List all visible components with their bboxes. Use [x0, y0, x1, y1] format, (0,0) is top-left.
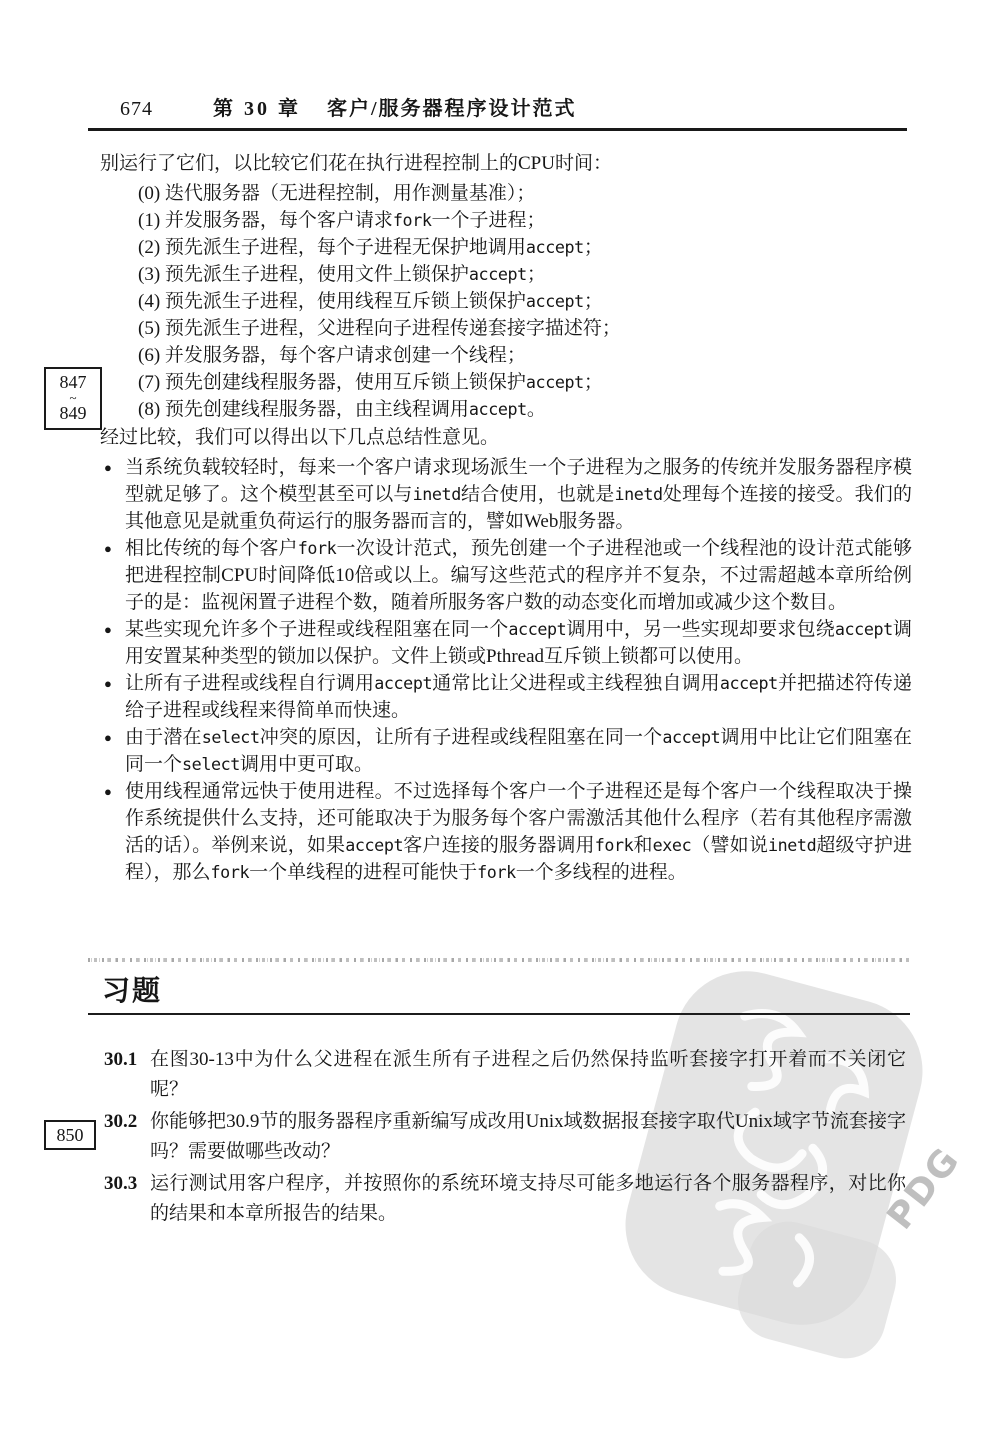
page-header: 674 第 30 章 客户/服务器程序设计范式 [88, 92, 907, 131]
bullet-item: ● 由于潜在select冲突的原因，让所有子进程或线程阻塞在同一个accept调… [100, 724, 912, 778]
list-item: (5) 预先派生子进程，父进程向子进程传递套接字描述符； [138, 315, 912, 342]
exercises-list: 30.1 在图30-13中为什么父进程在派生所有子进程之后仍然保持监听套接字打开… [104, 1045, 910, 1229]
exercises-section: 习题 30.1 在图30-13中为什么父进程在派生所有子进程之后仍然保持监听套接… [88, 958, 910, 1231]
exercise-text: 你能够把30.9节的服务器程序重新编写成改用Unix域数据报套接字取代Unix域… [150, 1107, 910, 1167]
exercise-number: 30.1 [104, 1045, 150, 1105]
bullet-text: 当系统负载较轻时，每来一个客户请求现场派生一个子进程为之服务的传统并发服务器程序… [125, 454, 912, 535]
summary-bullets: ● 当系统负载较轻时，每来一个客户请求现场派生一个子进程为之服务的传统并发服务器… [100, 454, 912, 886]
bullet-icon: ● [100, 454, 125, 535]
margin-page-range-bottom: 849 [60, 403, 87, 423]
body-content: 别运行了它们，以比较它们花在执行进程控制上的CPU时间： (0) 迭代服务器（无… [100, 150, 912, 886]
bullet-item: ● 当系统负载较轻时，每来一个客户请求现场派生一个子进程为之服务的传统并发服务器… [100, 454, 912, 535]
list-item: (0) 迭代服务器（无进程控制，用作测量基准）； [138, 180, 912, 207]
list-item: (1) 并发服务器，每个客户请求fork一个子进程； [138, 207, 912, 234]
exercises-title: 习题 [102, 969, 910, 1009]
list-item: (6) 并发服务器，每个客户请求创建一个线程； [138, 342, 912, 369]
bullet-item: ● 让所有子进程或线程自行调用accept通常比让父进程或主线程独自调用acce… [100, 670, 912, 724]
margin-page-range-top: 847 [60, 372, 87, 392]
bullet-item: ● 相比传统的每个客户fork一次设计范式，预先创建一个子进程池或一个线程池的设… [100, 535, 912, 616]
book-page: PDG 674 第 30 章 客户/服务器程序设计范式 847 ~ 849 85… [0, 0, 983, 1447]
exercise-item: 30.2 你能够把30.9节的服务器程序重新编写成改用Unix域数据报套接字取代… [104, 1107, 910, 1167]
bullet-item: ● 某些实现允许多个子进程或线程阻塞在同一个accept调用中，另一些实现却要求… [100, 616, 912, 670]
bullet-text: 相比传统的每个客户fork一次设计范式，预先创建一个子进程池或一个线程池的设计范… [125, 535, 912, 616]
chapter-title: 客户/服务器程序设计范式 [327, 92, 577, 121]
bullet-icon: ● [100, 616, 125, 670]
summary-lead: 经过比较，我们可以得出以下几点总结性意见。 [100, 424, 912, 451]
bullet-icon: ● [100, 778, 125, 886]
section-divider-speckled [88, 958, 910, 962]
list-item: (7) 预先创建线程服务器，使用互斥锁上锁保护accept； [138, 369, 912, 396]
bullet-item: ● 使用线程通常远快于使用进程。不过选择每个客户一个子进程还是每个客户一个线程取… [100, 778, 912, 886]
exercise-number: 30.2 [104, 1107, 150, 1167]
exercise-text: 运行测试用客户程序，并按照你的系统环境支持尽可能多地运行各个服务器程序，对比你的… [150, 1169, 910, 1229]
section-divider-solid [88, 1013, 910, 1015]
bullet-text: 使用线程通常远快于使用进程。不过选择每个客户一个子进程还是每个客户一个线程取决于… [125, 778, 912, 886]
chapter-label: 第 30 章 [213, 92, 301, 121]
bullet-icon: ● [100, 724, 125, 778]
intro-paragraph: 别运行了它们，以比较它们花在执行进程控制上的CPU时间： [100, 150, 912, 177]
exercise-text: 在图30-13中为什么父进程在派生所有子进程之后仍然保持监听套接字打开着而不关闭… [150, 1045, 910, 1105]
exercise-item: 30.1 在图30-13中为什么父进程在派生所有子进程之后仍然保持监听套接字打开… [104, 1045, 910, 1105]
watermark-stamp-blob-lower [729, 1213, 905, 1368]
margin-page-range-tilde: ~ [46, 393, 100, 403]
list-item: (3) 预先派生子进程，使用文件上锁保护accept； [138, 261, 912, 288]
bullet-text: 让所有子进程或线程自行调用accept通常比让父进程或主线程独自调用accept… [125, 670, 912, 724]
margin-page-range-box: 847 ~ 849 [44, 367, 102, 430]
bullet-text: 由于潜在select冲突的原因，让所有子进程或线程阻塞在同一个accept调用中… [125, 724, 912, 778]
bullet-icon: ● [100, 535, 125, 616]
page-number: 674 [120, 98, 153, 121]
list-item: (2) 预先派生子进程，每个子进程无保护地调用accept； [138, 234, 912, 261]
bullet-icon: ● [100, 670, 125, 724]
list-item: (8) 预先创建线程服务器，由主线程调用accept。 [138, 396, 912, 423]
server-design-list: (0) 迭代服务器（无进程控制，用作测量基准）； (1) 并发服务器，每个客户请… [138, 180, 912, 423]
exercise-item: 30.3 运行测试用客户程序，并按照你的系统环境支持尽可能多地运行各个服务器程序… [104, 1169, 910, 1229]
exercise-number: 30.3 [104, 1169, 150, 1229]
margin-page-box: 850 [44, 1120, 96, 1150]
bullet-text: 某些实现允许多个子进程或线程阻塞在同一个accept调用中，另一些实现却要求包绕… [125, 616, 912, 670]
list-item: (4) 预先派生子进程，使用线程互斥锁上锁保护accept； [138, 288, 912, 315]
